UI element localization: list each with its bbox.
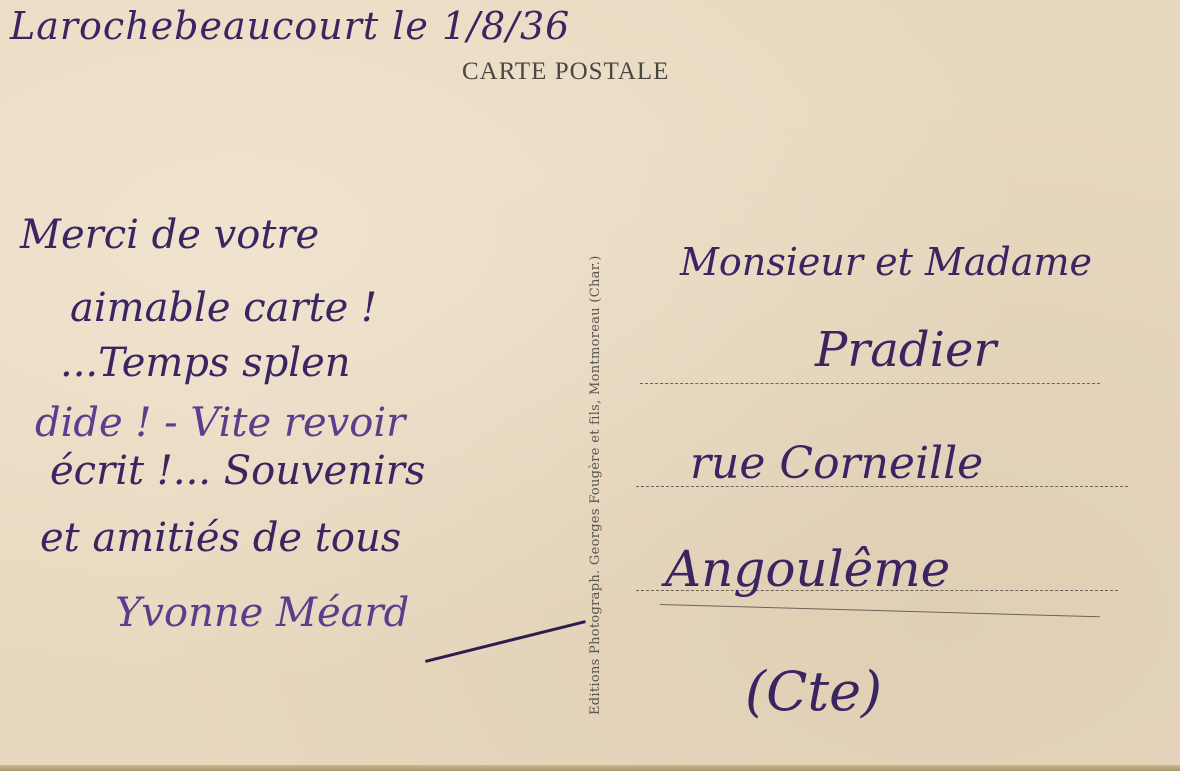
message-line: Merci de votre bbox=[20, 212, 319, 258]
address-street: rue Corneille bbox=[690, 438, 983, 489]
address-recipient-name: Pradier bbox=[815, 322, 996, 378]
dateline: Larochebeaucourt le 1/8/36 bbox=[10, 4, 570, 48]
message-line: aimable carte ! bbox=[70, 285, 377, 331]
signature: Yvonne Méard bbox=[115, 590, 409, 636]
message-line: et amitiés de tous bbox=[40, 515, 401, 561]
message-line: ...Temps splen bbox=[60, 340, 351, 386]
publisher-imprint: Editions Photograph. Georges Fougère et … bbox=[588, 255, 603, 715]
signature-flourish bbox=[425, 620, 586, 663]
postcard-heading: CARTE POSTALE bbox=[462, 58, 669, 86]
address-recipient-title: Monsieur et Madame bbox=[680, 240, 1092, 284]
address-department: (Cte) bbox=[745, 660, 882, 723]
address-rule-1 bbox=[640, 383, 1100, 384]
address-underline-flourish bbox=[660, 604, 1100, 617]
address-city: Angoulême bbox=[665, 540, 950, 598]
message-line: dide ! - Vite revoir bbox=[35, 400, 405, 446]
message-line: écrit !... Souvenirs bbox=[50, 448, 425, 494]
postcard-back: Larochebeaucourt le 1/8/36 CARTE POSTALE… bbox=[0, 0, 1180, 771]
